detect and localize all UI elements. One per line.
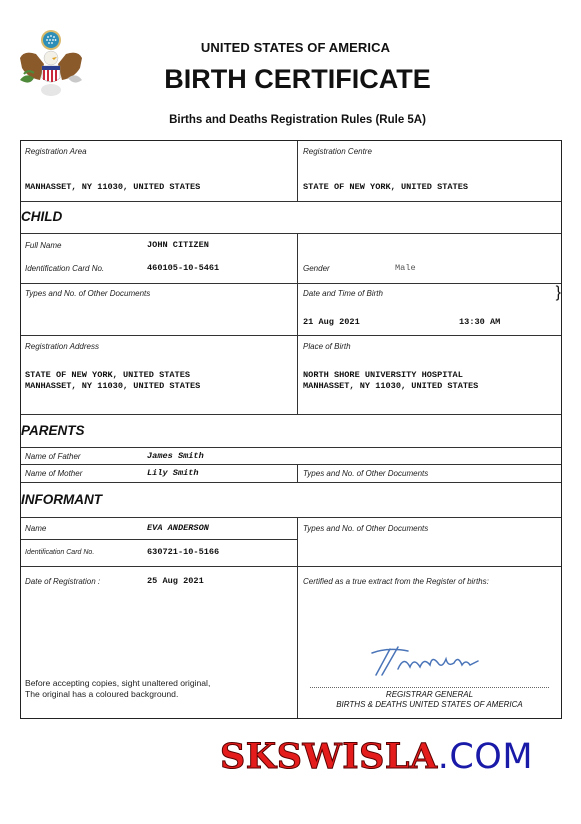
watermark-part1: SKSWISLA	[220, 736, 438, 777]
certified-text: Certified as a true extract from the Reg…	[303, 577, 489, 586]
date-of-registration-label: Date of Registration :	[25, 577, 100, 586]
child-section-heading: CHILD	[21, 202, 561, 234]
dob-label: Date and Time of Birth	[303, 289, 383, 298]
watermark-part2: .COM	[438, 737, 533, 777]
child-other-docs-label: Types and No. of Other Documents	[25, 289, 150, 298]
father-row: Name of Father James Smith	[21, 448, 561, 465]
rules-subtitle: Births and Deaths Registration Rules (Ru…	[0, 114, 581, 126]
informant-section-heading: INFORMANT	[21, 483, 561, 518]
place-of-birth-line2: MANHASSET, NY 11030, UNITED STATES	[303, 381, 478, 391]
informant-other-docs-cell: Types and No. of Other Documents	[298, 518, 561, 566]
place-of-birth-cell: Place of Birth NORTH SHORE UNIVERSITY HO…	[298, 336, 561, 414]
parents-other-docs-cell: Types and No. of Other Documents	[298, 465, 561, 482]
country-heading: UNITED STATES OF AMERICA	[0, 40, 581, 55]
signature-line	[310, 687, 549, 688]
informant-divider	[21, 539, 297, 540]
footer-row: Date of Registration : 25 Aug 2021 Befor…	[21, 567, 561, 718]
registration-address-label: Registration Address	[25, 342, 99, 351]
mother-value: Lily Smith	[147, 468, 199, 478]
child-other-docs-cell: Types and No. of Other Documents	[21, 284, 298, 335]
child-id-value: 460105-10-5461	[147, 263, 219, 273]
registration-centre-label: Registration Centre	[303, 147, 372, 156]
child-address-row: Registration Address STATE OF NEW YORK, …	[21, 336, 561, 415]
full-name-label: Full Name	[25, 241, 61, 250]
informant-id-label: Identification Card No.	[25, 549, 94, 556]
registrar-title: REGISTRAR GENERAL	[298, 690, 561, 699]
mother-label: Name of Mother	[25, 469, 82, 478]
child-gender-cell: Gender Male	[298, 234, 561, 283]
notice-line2: The original has a coloured background.	[25, 689, 178, 699]
certificate-table: Registration Area MANHASSET, NY 11030, U…	[20, 140, 562, 719]
registration-area-label: Registration Area	[25, 147, 87, 156]
date-time-of-birth-cell: Date and Time of Birth 21 Aug 2021 13:30…	[298, 284, 556, 335]
dob-time-value: 13:30 AM	[459, 317, 500, 327]
gender-value: Male	[395, 263, 416, 273]
registration-area-cell: Registration Area MANHASSET, NY 11030, U…	[21, 141, 298, 201]
father-cell: Name of Father James Smith	[21, 448, 561, 464]
date-of-registration-value: 25 Aug 2021	[147, 576, 204, 586]
child-identity-cell: Full Name JOHN CITIZEN Identification Ca…	[21, 234, 298, 283]
registration-address-line1: STATE OF NEW YORK, UNITED STATES	[25, 370, 190, 380]
informant-row: Name EVA ANDERSON Identification Card No…	[21, 518, 561, 567]
registrar-department: BIRTHS & DEATHS UNITED STATES OF AMERICA	[298, 700, 561, 709]
parents-section-heading: PARENTS	[21, 415, 561, 448]
registration-address-cell: Registration Address STATE OF NEW YORK, …	[21, 336, 298, 414]
date-of-registration-cell: Date of Registration : 25 Aug 2021 Befor…	[21, 567, 298, 718]
page-title: BIRTH CERTIFICATE	[0, 64, 581, 95]
registration-centre-value: STATE OF NEW YORK, UNITED STATES	[303, 182, 468, 192]
registration-address-line2: MANHASSET, NY 11030, UNITED STATES	[25, 381, 200, 391]
registration-centre-cell: Registration Centre STATE OF NEW YORK, U…	[298, 141, 561, 201]
child-id-label: Identification Card No.	[25, 264, 104, 273]
informant-id-value: 630721-10-5166	[147, 547, 219, 557]
father-value: James Smith	[147, 451, 204, 461]
informant-identity-cell: Name EVA ANDERSON Identification Card No…	[21, 518, 298, 566]
parents-other-docs-label: Types and No. of Other Documents	[303, 469, 428, 478]
child-docs-row: Types and No. of Other Documents Date an…	[21, 284, 561, 336]
mother-cell: Name of Mother Lily Smith	[21, 465, 298, 482]
place-of-birth-line1: NORTH SHORE UNIVERSITY HOSPITAL	[303, 370, 463, 380]
informant-name-value: EVA ANDERSON	[147, 523, 209, 533]
father-label: Name of Father	[25, 452, 81, 461]
gender-label: Gender	[303, 264, 330, 273]
informant-name-label: Name	[25, 524, 46, 533]
place-of-birth-label: Place of Birth	[303, 342, 351, 351]
full-name-value: JOHN CITIZEN	[147, 240, 209, 250]
notice-line1: Before accepting copies, sight unaltered…	[25, 678, 210, 688]
dob-date-value: 21 Aug 2021	[303, 317, 360, 327]
watermark: SKSWISLA.COM	[220, 736, 533, 777]
registration-row: Registration Area MANHASSET, NY 11030, U…	[21, 141, 561, 202]
registration-area-value: MANHASSET, NY 11030, UNITED STATES	[25, 182, 200, 192]
mother-row: Name of Mother Lily Smith Types and No. …	[21, 465, 561, 483]
child-identity-row: Full Name JOHN CITIZEN Identification Ca…	[21, 234, 561, 284]
registrar-signature-icon	[368, 641, 488, 681]
certification-cell: Certified as a true extract from the Reg…	[298, 567, 561, 718]
informant-other-docs-label: Types and No. of Other Documents	[303, 524, 428, 533]
